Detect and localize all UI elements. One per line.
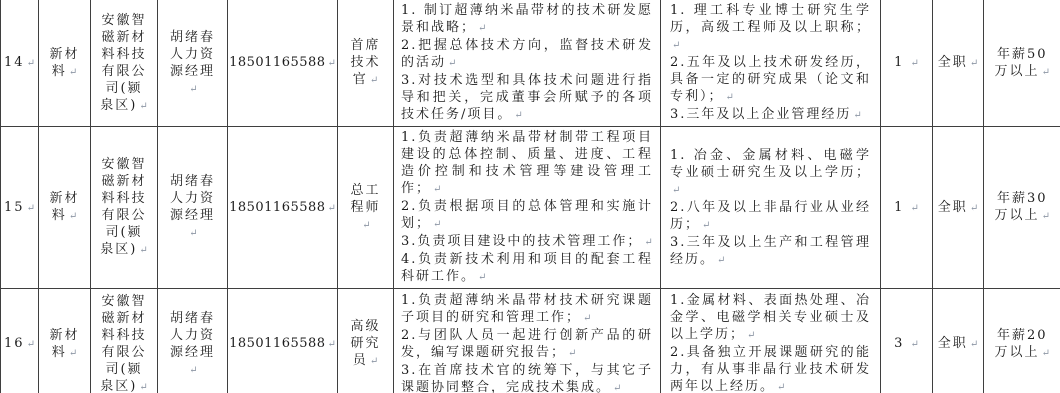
paragraph: 安徽智磁新材料科技有限公司(颍泉区) bbox=[99, 12, 149, 115]
cell-salary: 年薪20万以上 bbox=[984, 289, 1060, 393]
paragraph: 3.三年及以上企业管理经历 bbox=[670, 106, 871, 124]
cell-count: 1 bbox=[881, 127, 933, 289]
paragraph: 1. 冶金、金属材料、电磁学专业硕士研究生及以上学历； bbox=[670, 147, 871, 199]
cell-requirements: 1. 理工科专业博士研究生学历，高级工程师及以上职称；2.五年及以上技术研发经历… bbox=[661, 0, 881, 127]
cell-company: 安徽智磁新材料科技有限公司(颍泉区) bbox=[91, 127, 158, 289]
paragraph: 新材料 bbox=[45, 46, 84, 81]
cell-duties: 1. 制订超薄纳米晶带材的技术研发愿景和战略；2.把握总体技术方向，监督技术研发… bbox=[394, 0, 661, 127]
paragraph: 2.八年及以上非晶行业从业经历； bbox=[670, 199, 871, 234]
paragraph: 2.具备独立开展课题研究的能力，有从事非晶行业技术研发两年以上经历。 bbox=[670, 344, 871, 393]
cell-industry: 新材料 bbox=[39, 289, 91, 393]
paragraph: 年薪30万以上 bbox=[994, 190, 1051, 225]
paragraph: 高级研究员 bbox=[346, 318, 385, 370]
cell-row-no: 15 bbox=[1, 127, 39, 289]
recruitment-table: 14新材料安徽智磁新材料科技有限公司(颍泉区)胡绪春人力资源经理18501165… bbox=[0, 0, 1060, 393]
table-row: 14新材料安徽智磁新材料科技有限公司(颍泉区)胡绪春人力资源经理18501165… bbox=[1, 0, 1060, 127]
paragraph: 18501165588 bbox=[228, 335, 337, 353]
paragraph: 4.负责新技术利用和项目的配套工程科研工作。 bbox=[401, 251, 653, 286]
cell-job-type: 全职 bbox=[933, 127, 984, 289]
cell-contact: 胡绪春人力资源经理 bbox=[158, 0, 228, 127]
cell-duties: 1.负责超薄纳米晶带材制带工程项目建设的总体控制、质量、进度、工程造价控制和技术… bbox=[394, 127, 661, 289]
cell-count: 3 bbox=[881, 289, 933, 393]
paragraph: 1. 制订超薄纳米晶带材的技术研发愿景和战略； bbox=[401, 2, 653, 37]
cell-contact: 胡绪春人力资源经理 bbox=[158, 289, 228, 393]
cell-industry: 新材料 bbox=[39, 0, 91, 127]
paragraph: 1 bbox=[881, 199, 932, 217]
cell-position: 高级研究员 bbox=[338, 289, 394, 393]
paragraph: 2.五年及以上技术研发经历，具备一定的研究成果（论文和专利）； bbox=[670, 54, 871, 106]
cell-duties: 1.负责超薄纳米晶带材技术研究课题子项目的研究和管理工作；2.与团队人员一起进行… bbox=[394, 289, 661, 393]
paragraph: 16 bbox=[1, 335, 38, 353]
cell-requirements: 1. 冶金、金属材料、电磁学专业硕士研究生及以上学历；2.八年及以上非晶行业从业… bbox=[661, 127, 881, 289]
cell-company: 安徽智磁新材料科技有限公司(颍泉区) bbox=[91, 289, 158, 393]
cell-position: 总工程师 bbox=[338, 127, 394, 289]
cell-row-no: 16 bbox=[1, 289, 39, 393]
cell-count: 1 bbox=[881, 0, 933, 127]
cell-row-no: 14 bbox=[1, 0, 39, 127]
document-page: 14新材料安徽智磁新材料科技有限公司(颍泉区)胡绪春人力资源经理18501165… bbox=[0, 0, 1060, 393]
paragraph: 18501165588 bbox=[228, 54, 337, 72]
paragraph: 新材料 bbox=[45, 190, 84, 225]
table-row: 16新材料安徽智磁新材料科技有限公司(颍泉区)胡绪春人力资源经理18501165… bbox=[1, 289, 1060, 393]
paragraph: 安徽智磁新材料科技有限公司(颍泉区) bbox=[99, 156, 149, 259]
cell-contact: 胡绪春人力资源经理 bbox=[158, 127, 228, 289]
paragraph: 安徽智磁新材料科技有限公司(颍泉区) bbox=[99, 293, 149, 393]
cell-requirements: 1.金属材料、表面热处理、冶金学、电磁学相关专业硕士及以上学历；2.具备独立开展… bbox=[661, 289, 881, 393]
paragraph: 年薪50万以上 bbox=[994, 46, 1051, 81]
paragraph: 全职 bbox=[933, 199, 983, 217]
cell-job-type: 全职 bbox=[933, 289, 984, 393]
cell-position: 首席技术官 bbox=[338, 0, 394, 127]
paragraph: 2.负责根据项目的总体管理和实施计划； bbox=[401, 198, 653, 233]
paragraph: 1 bbox=[881, 54, 932, 72]
cell-phone: 18501165588 bbox=[228, 289, 338, 393]
paragraph: 年薪20万以上 bbox=[994, 327, 1051, 362]
paragraph: 2.与团队人员一起进行创新产品的研发，编写课题研究报告； bbox=[401, 327, 653, 362]
table-row: 15新材料安徽智磁新材料科技有限公司(颍泉区)胡绪春人力资源经理18501165… bbox=[1, 127, 1060, 289]
cell-phone: 18501165588 bbox=[228, 0, 338, 127]
paragraph: 1.负责超薄纳米晶带材技术研究课题子项目的研究和管理工作； bbox=[401, 292, 653, 327]
paragraph: 2.把握总体技术方向，监督技术研发的活动 bbox=[401, 37, 653, 72]
cell-salary: 年薪50万以上 bbox=[984, 0, 1060, 127]
paragraph: 1.负责超薄纳米晶带材制带工程项目建设的总体控制、质量、进度、工程造价控制和技术… bbox=[401, 129, 653, 198]
paragraph: 1. 理工科专业博士研究生学历，高级工程师及以上职称； bbox=[670, 2, 871, 54]
paragraph: 3.在首席技术官的统筹下，与其它子课题协同整合，完成技术集成。 bbox=[401, 362, 653, 393]
paragraph: 首席技术官 bbox=[346, 37, 385, 89]
paragraph: 全职 bbox=[933, 335, 983, 353]
paragraph: 新材料 bbox=[45, 327, 84, 362]
paragraph: 3 bbox=[881, 335, 932, 353]
paragraph: 14 bbox=[1, 54, 38, 72]
table-body: 14新材料安徽智磁新材料科技有限公司(颍泉区)胡绪春人力资源经理18501165… bbox=[1, 0, 1060, 393]
paragraph: 全职 bbox=[933, 54, 983, 72]
paragraph: 18501165588 bbox=[228, 199, 337, 217]
paragraph: 胡绪春人力资源经理 bbox=[166, 29, 219, 98]
paragraph: 1.金属材料、表面热处理、冶金学、电磁学相关专业硕士及以上学历； bbox=[670, 292, 871, 344]
cell-salary: 年薪30万以上 bbox=[984, 127, 1060, 289]
paragraph: 胡绪春人力资源经理 bbox=[166, 173, 219, 242]
cell-phone: 18501165588 bbox=[228, 127, 338, 289]
paragraph: 3.负责项目建设中的技术管理工作； bbox=[401, 233, 653, 251]
paragraph: 3.对技术选型和具体技术问题进行指导和把关，完成董事会所赋予的各项技术任务/项目… bbox=[401, 72, 653, 124]
paragraph: 胡绪春人力资源经理 bbox=[166, 310, 219, 379]
cell-industry: 新材料 bbox=[39, 127, 91, 289]
paragraph: 3.三年及以上生产和工程管理经历。 bbox=[670, 234, 871, 269]
cell-job-type: 全职 bbox=[933, 0, 984, 127]
paragraph: 总工程师 bbox=[346, 182, 385, 234]
paragraph: 15 bbox=[1, 199, 38, 217]
cell-company: 安徽智磁新材料科技有限公司(颍泉区) bbox=[91, 0, 158, 127]
